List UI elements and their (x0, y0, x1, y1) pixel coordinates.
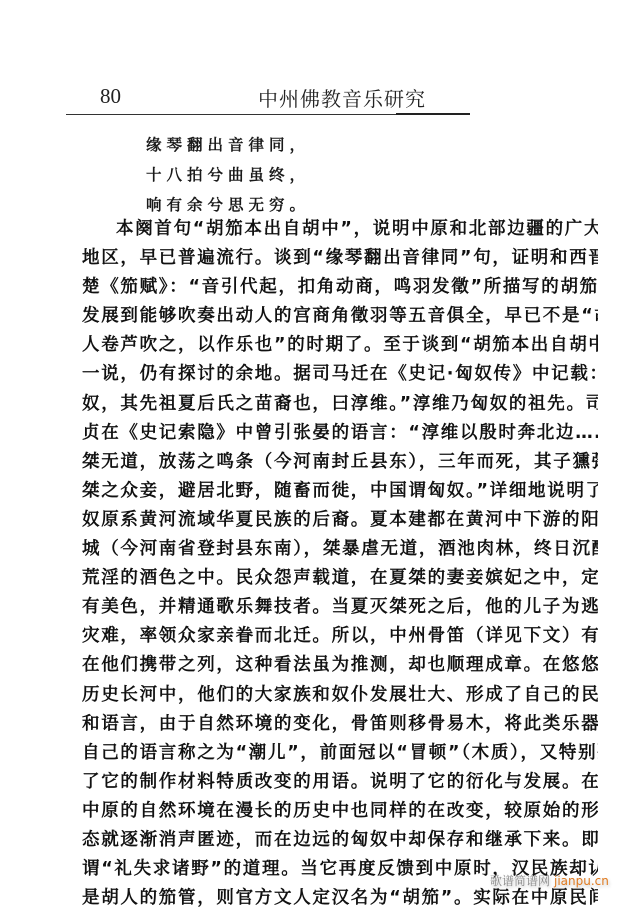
text-line: 奴，其先祖夏后氏之苗裔也，曰淳维。”淳维乃匈奴的祖先。司马 (82, 390, 598, 419)
text-line: 历史长河中，他们的大家族和奴仆发展壮大、形成了自己的民族 (82, 681, 598, 710)
text-line: 桀之众妾，避居北野，随畜而徙，中国谓匈奴。”详细地说明了匈 (82, 477, 598, 506)
text-line: 贞在《史记索隐》中曾引张晏的语言：“淳维以殷时奔北边……夏 (82, 419, 598, 448)
watermark: 歌谱简谱网jianpu.cn (490, 872, 609, 889)
text-line: 本阕首句“胡笳本出自胡中”，说明中原和北部边疆的广大 (82, 215, 598, 244)
text-line: 有美色，并精通歌乐舞技者。当夏灭桀死之后，他的儿子为逃避 (82, 593, 598, 622)
text-line: 人卷芦吹之，以作乐也”的时期了。至于谈到“胡笳本出自胡中” (82, 331, 598, 360)
text-line: 自己的语言称之为“潮儿”，前面冠以“冒顿”（木质），又特别强调 (82, 739, 598, 768)
text-line: 城（今河南省登封县东南），桀暴虐无道，酒池肉林，终日沉醉于 (82, 535, 598, 564)
text-line: 灾难，率领众家亲眷而北迁。所以，中州骨笛（详见下文）有可能 (82, 622, 598, 651)
poem-line: 十八拍兮曲虽终， (146, 160, 310, 190)
text-line: 态就逐渐消声匿迹，而在边远的匈奴中却保存和继承下来。即所 (82, 826, 598, 855)
text-line: 奴原系黄河流域华夏民族的后裔。夏本建都在黄河中下游的阳 (82, 506, 598, 535)
text-line: 荒淫的酒色之中。民众怨声载道，在夏桀的妻妾嫔妃之中，定多 (82, 564, 598, 593)
running-title: 中州佛教音乐研究 (258, 83, 426, 112)
text-line: 中原的自然环境在漫长的历史中也同样的在改变，较原始的形 (82, 797, 598, 826)
header-rule-accent (396, 113, 470, 115)
poem-block: 缘琴翻出音律同， 十八拍兮曲虽终， 响有余兮思无穷。 (146, 130, 310, 220)
text-line: 了它的制作材料特质改变的用语。说明了它的衍化与发展。在 (82, 768, 598, 797)
text-line: 楚《笳赋》：“音引代起，扣角动商，鸣羽发徵”所描写的胡笳，已经 (82, 273, 598, 302)
text-line: 地区，早已普遍流行。谈到“缘琴翻出音律同”句，证明和西晋孙 (82, 244, 598, 273)
body-paragraph: 本阕首句“胡笳本出自胡中”，说明中原和北部边疆的广大 地区，早已普遍流行。谈到“… (82, 215, 602, 907)
text-line: 一说，仍有探讨的余地。据司马迁在《史记·匈奴传》中记载：“匈 (82, 360, 598, 389)
text-line: 在他们携带之列，这种看法虽为推测，却也顺理成章。在悠悠的 (82, 651, 598, 680)
text-line: 发展到能够吹奏出动人的宫商角徵羽等五音俱全，早已不是“胡 (82, 302, 598, 331)
watermark-domain: jianpu.cn (554, 874, 609, 888)
poem-line: 缘琴翻出音律同， (146, 130, 310, 160)
text-line: 桀无道，放荡之鸣条（今河南封丘县东），三年而死，其子獯粥妻 (82, 448, 598, 477)
text-line: 和语言，由于自然环境的变化，骨笛则移骨易木，将此类乐器用 (82, 710, 598, 739)
watermark-site-name: 歌谱简谱网 (490, 874, 550, 888)
page-number: 80 (100, 84, 121, 109)
